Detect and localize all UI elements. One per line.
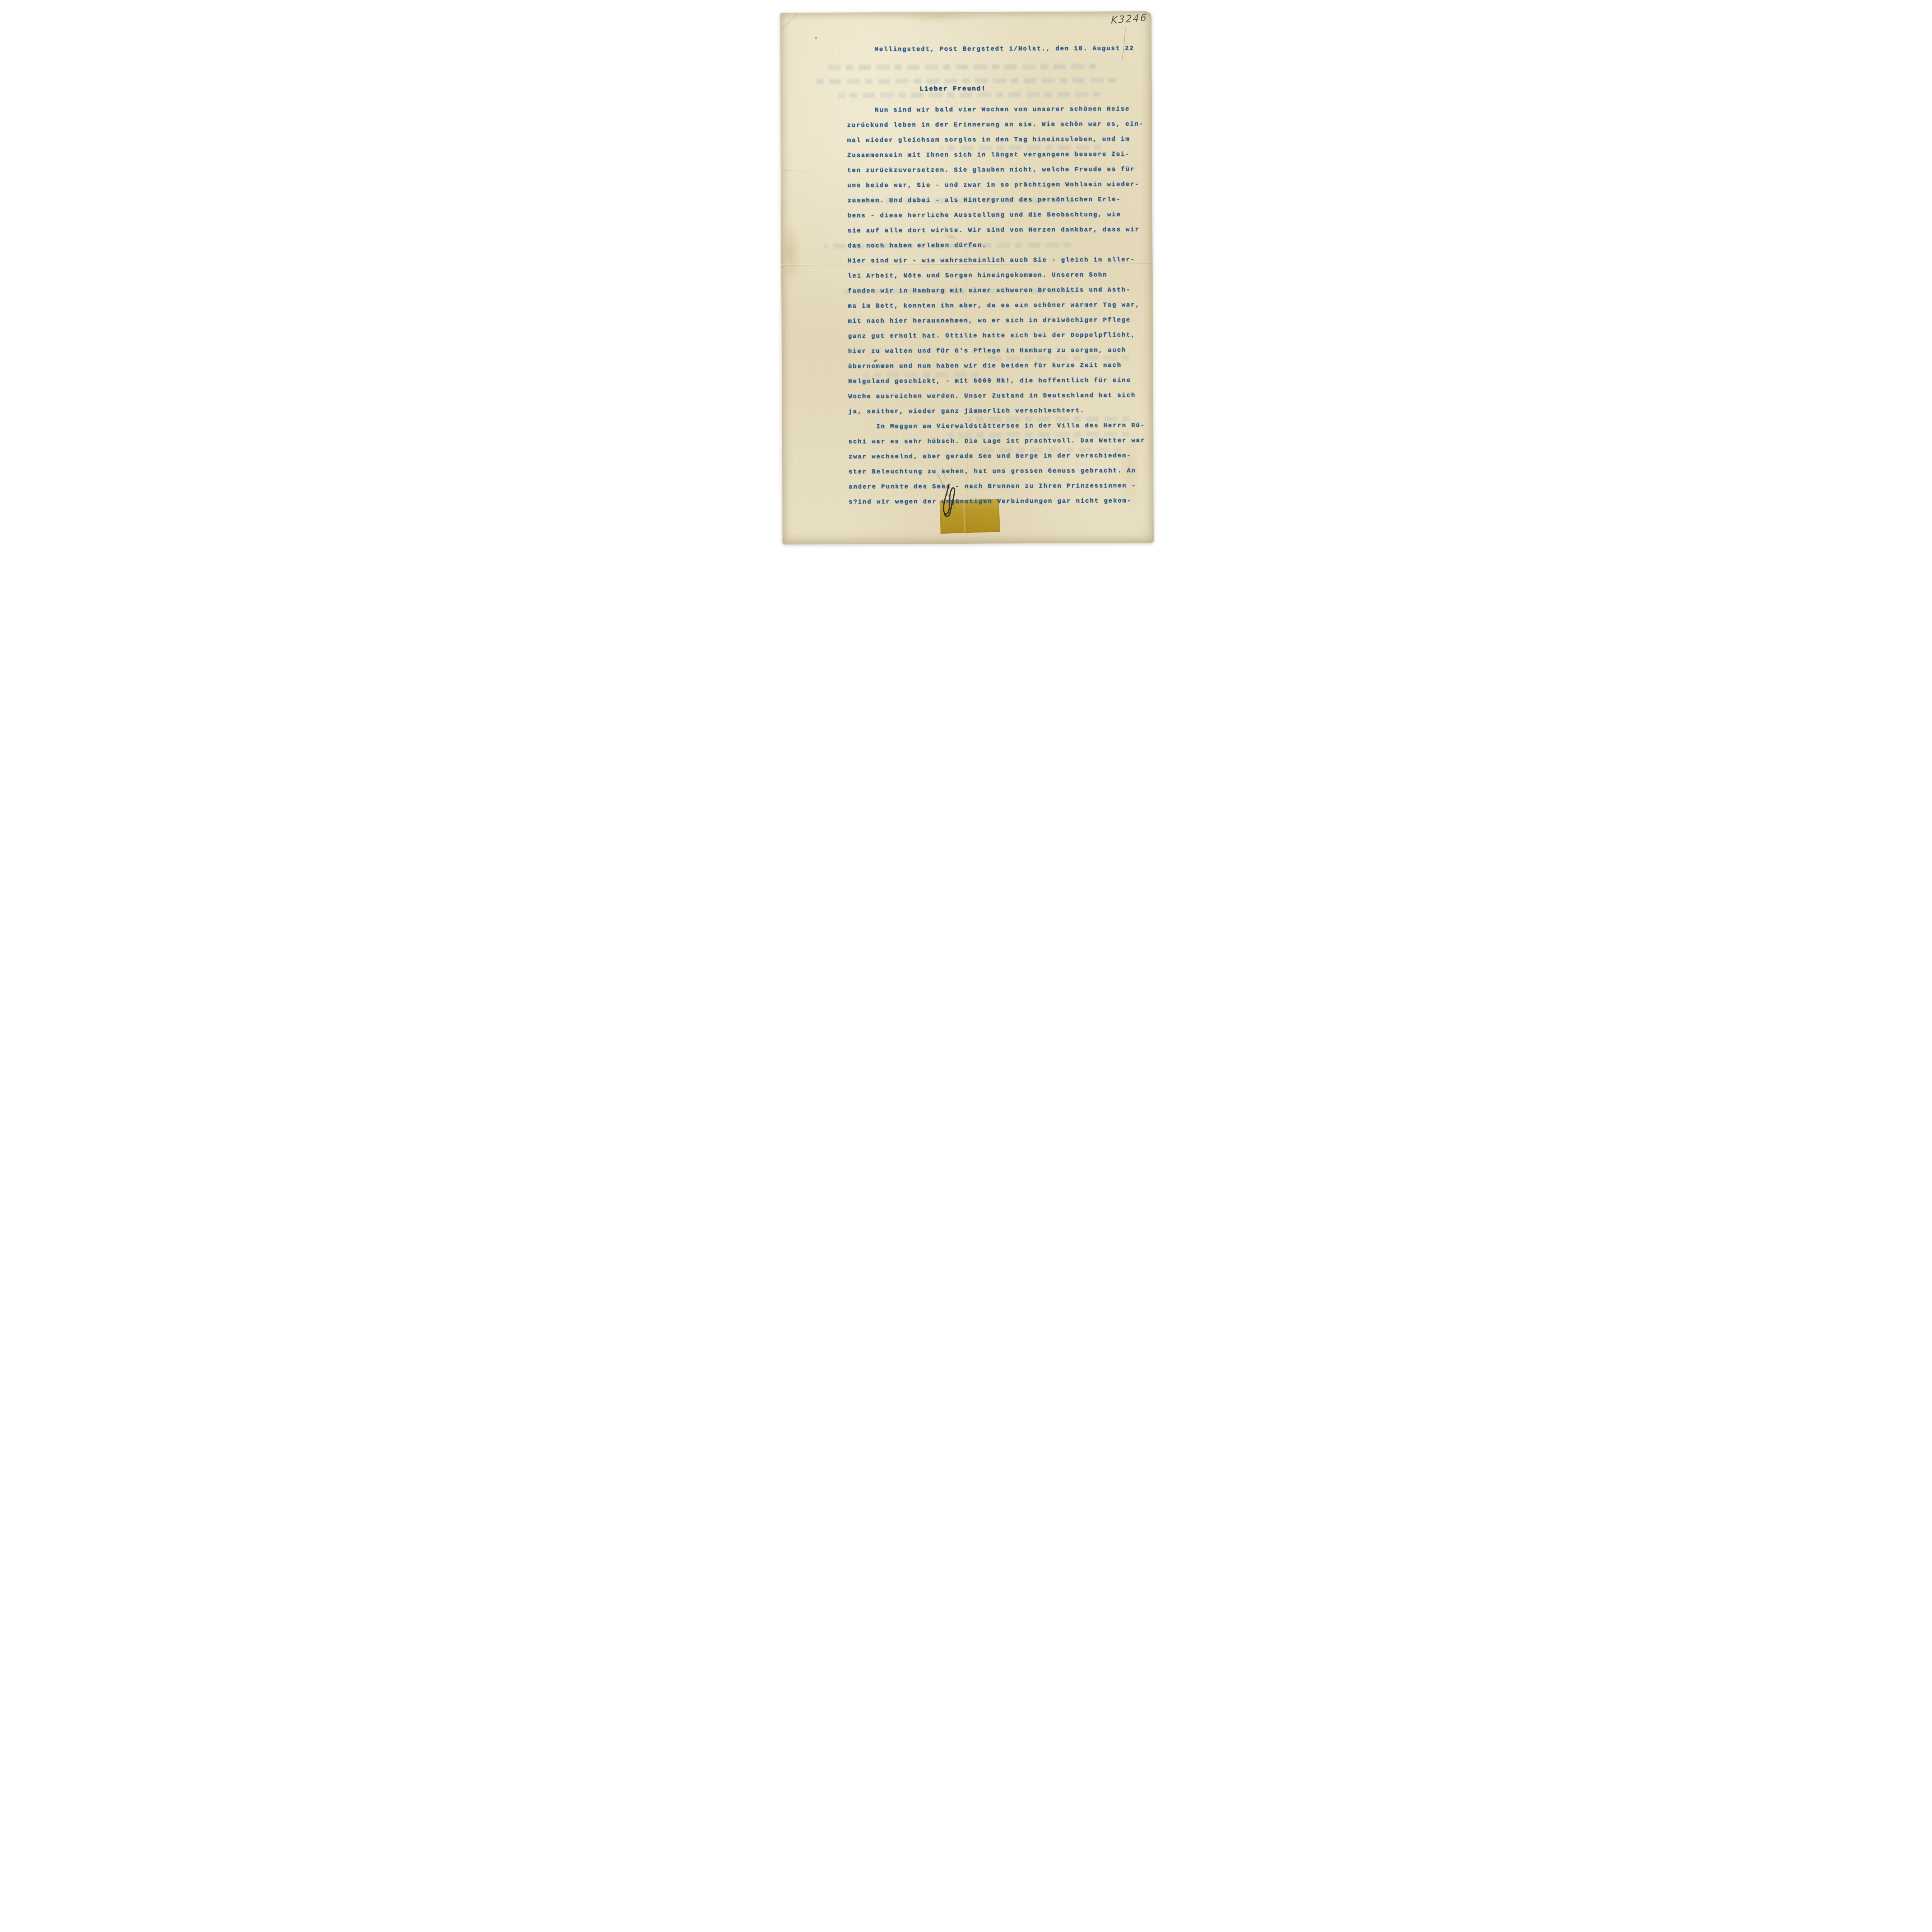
letter-line: Nun sind wir bald vier Wochen von unsere… (847, 102, 1150, 118)
letter-line: s?ind wir wegen der ungünstigen Verbindu… (849, 493, 1151, 510)
paper-stain (779, 221, 802, 287)
letter-line: Woche ausreichen werden. Unser Zustand i… (848, 388, 1151, 404)
letter-line: übernommen und nun haben wir die beiden … (848, 358, 1151, 374)
letter-line: ma im Bett, konnten ihn aber, da es ein … (848, 298, 1151, 314)
letter-line: mit nach hier herausnehmen, wo er sich i… (848, 313, 1151, 329)
red-speck (1116, 22, 1117, 24)
fold-crease-left (781, 170, 809, 172)
letter-line: In Meggen am Vierwaldstättersee in der V… (848, 418, 1151, 434)
letter-line: ster Beleuchtung zu sehen, hat uns gross… (849, 463, 1151, 480)
dateline: Mellingstedt, Post Bergstedt i/Holst., d… (874, 44, 1134, 53)
letter-line: Hier sind wir - wie wahrscheinlich auch … (847, 252, 1150, 269)
letter-line: bens - diese herrliche Ausstellung und d… (847, 207, 1150, 223)
letter-line: mal wieder gleichsam sorglos in den Tag … (847, 132, 1150, 148)
salutation: Lieber Freund! (919, 85, 986, 93)
scanned-letter-page: Mellingstedt, Post Bergstedt i/Holst., d… (756, 0, 1177, 548)
letter-paper: Mellingstedt, Post Bergstedt i/Holst., d… (780, 11, 1154, 544)
letter-line: uns beide war, Sie - und zwar in so präc… (847, 177, 1150, 193)
letter-line: fanden wir in Hamburg mit einer schweren… (848, 282, 1151, 299)
letter-line: zusehen. Und dabei - als Hintergrund des… (847, 192, 1150, 208)
letter-line: zwar wechselnd, aber gerade See und Berg… (848, 448, 1151, 464)
letter-line: ja, seither, wieder ganz jämmerlich vers… (848, 403, 1151, 419)
letter-line: andere Punkte des Sees - nach Brunnen zu… (849, 478, 1151, 495)
letter-line: das noch haben erleben dürfen. (847, 237, 1150, 253)
letter-line: Helgoland geschickt, - mit 6000 Mk!, die… (848, 373, 1151, 389)
letter-line: sie auf alle dort wirkte. Wir sind von H… (847, 222, 1150, 238)
letter-line: ten zurückzuversetzen. Sie glauben nicht… (847, 162, 1150, 178)
letter-line: ganz gut erholt hat. Ottilie hatte sich … (848, 328, 1151, 344)
letter-line: lei Arbeit, Nöte und Sorgen hineingekomm… (847, 267, 1150, 284)
paper-stain (815, 37, 817, 39)
letter-line: zurückund leben in der Erinnerung an sie… (847, 117, 1150, 133)
letter-body: Nun sind wir bald vier Wochen von unsere… (847, 102, 1152, 510)
letter-line: Zusammensein mit Ihnen sich in längst ve… (847, 147, 1150, 163)
letter-line: schi war es sehr hübsch. Die Lage ist pr… (848, 433, 1151, 449)
letter-line: hier zu walten und für G's Pflege in Ham… (848, 343, 1151, 359)
corner-crease (781, 14, 797, 31)
letter-content: Mellingstedt, Post Bergstedt i/Holst., d… (847, 11, 1152, 544)
